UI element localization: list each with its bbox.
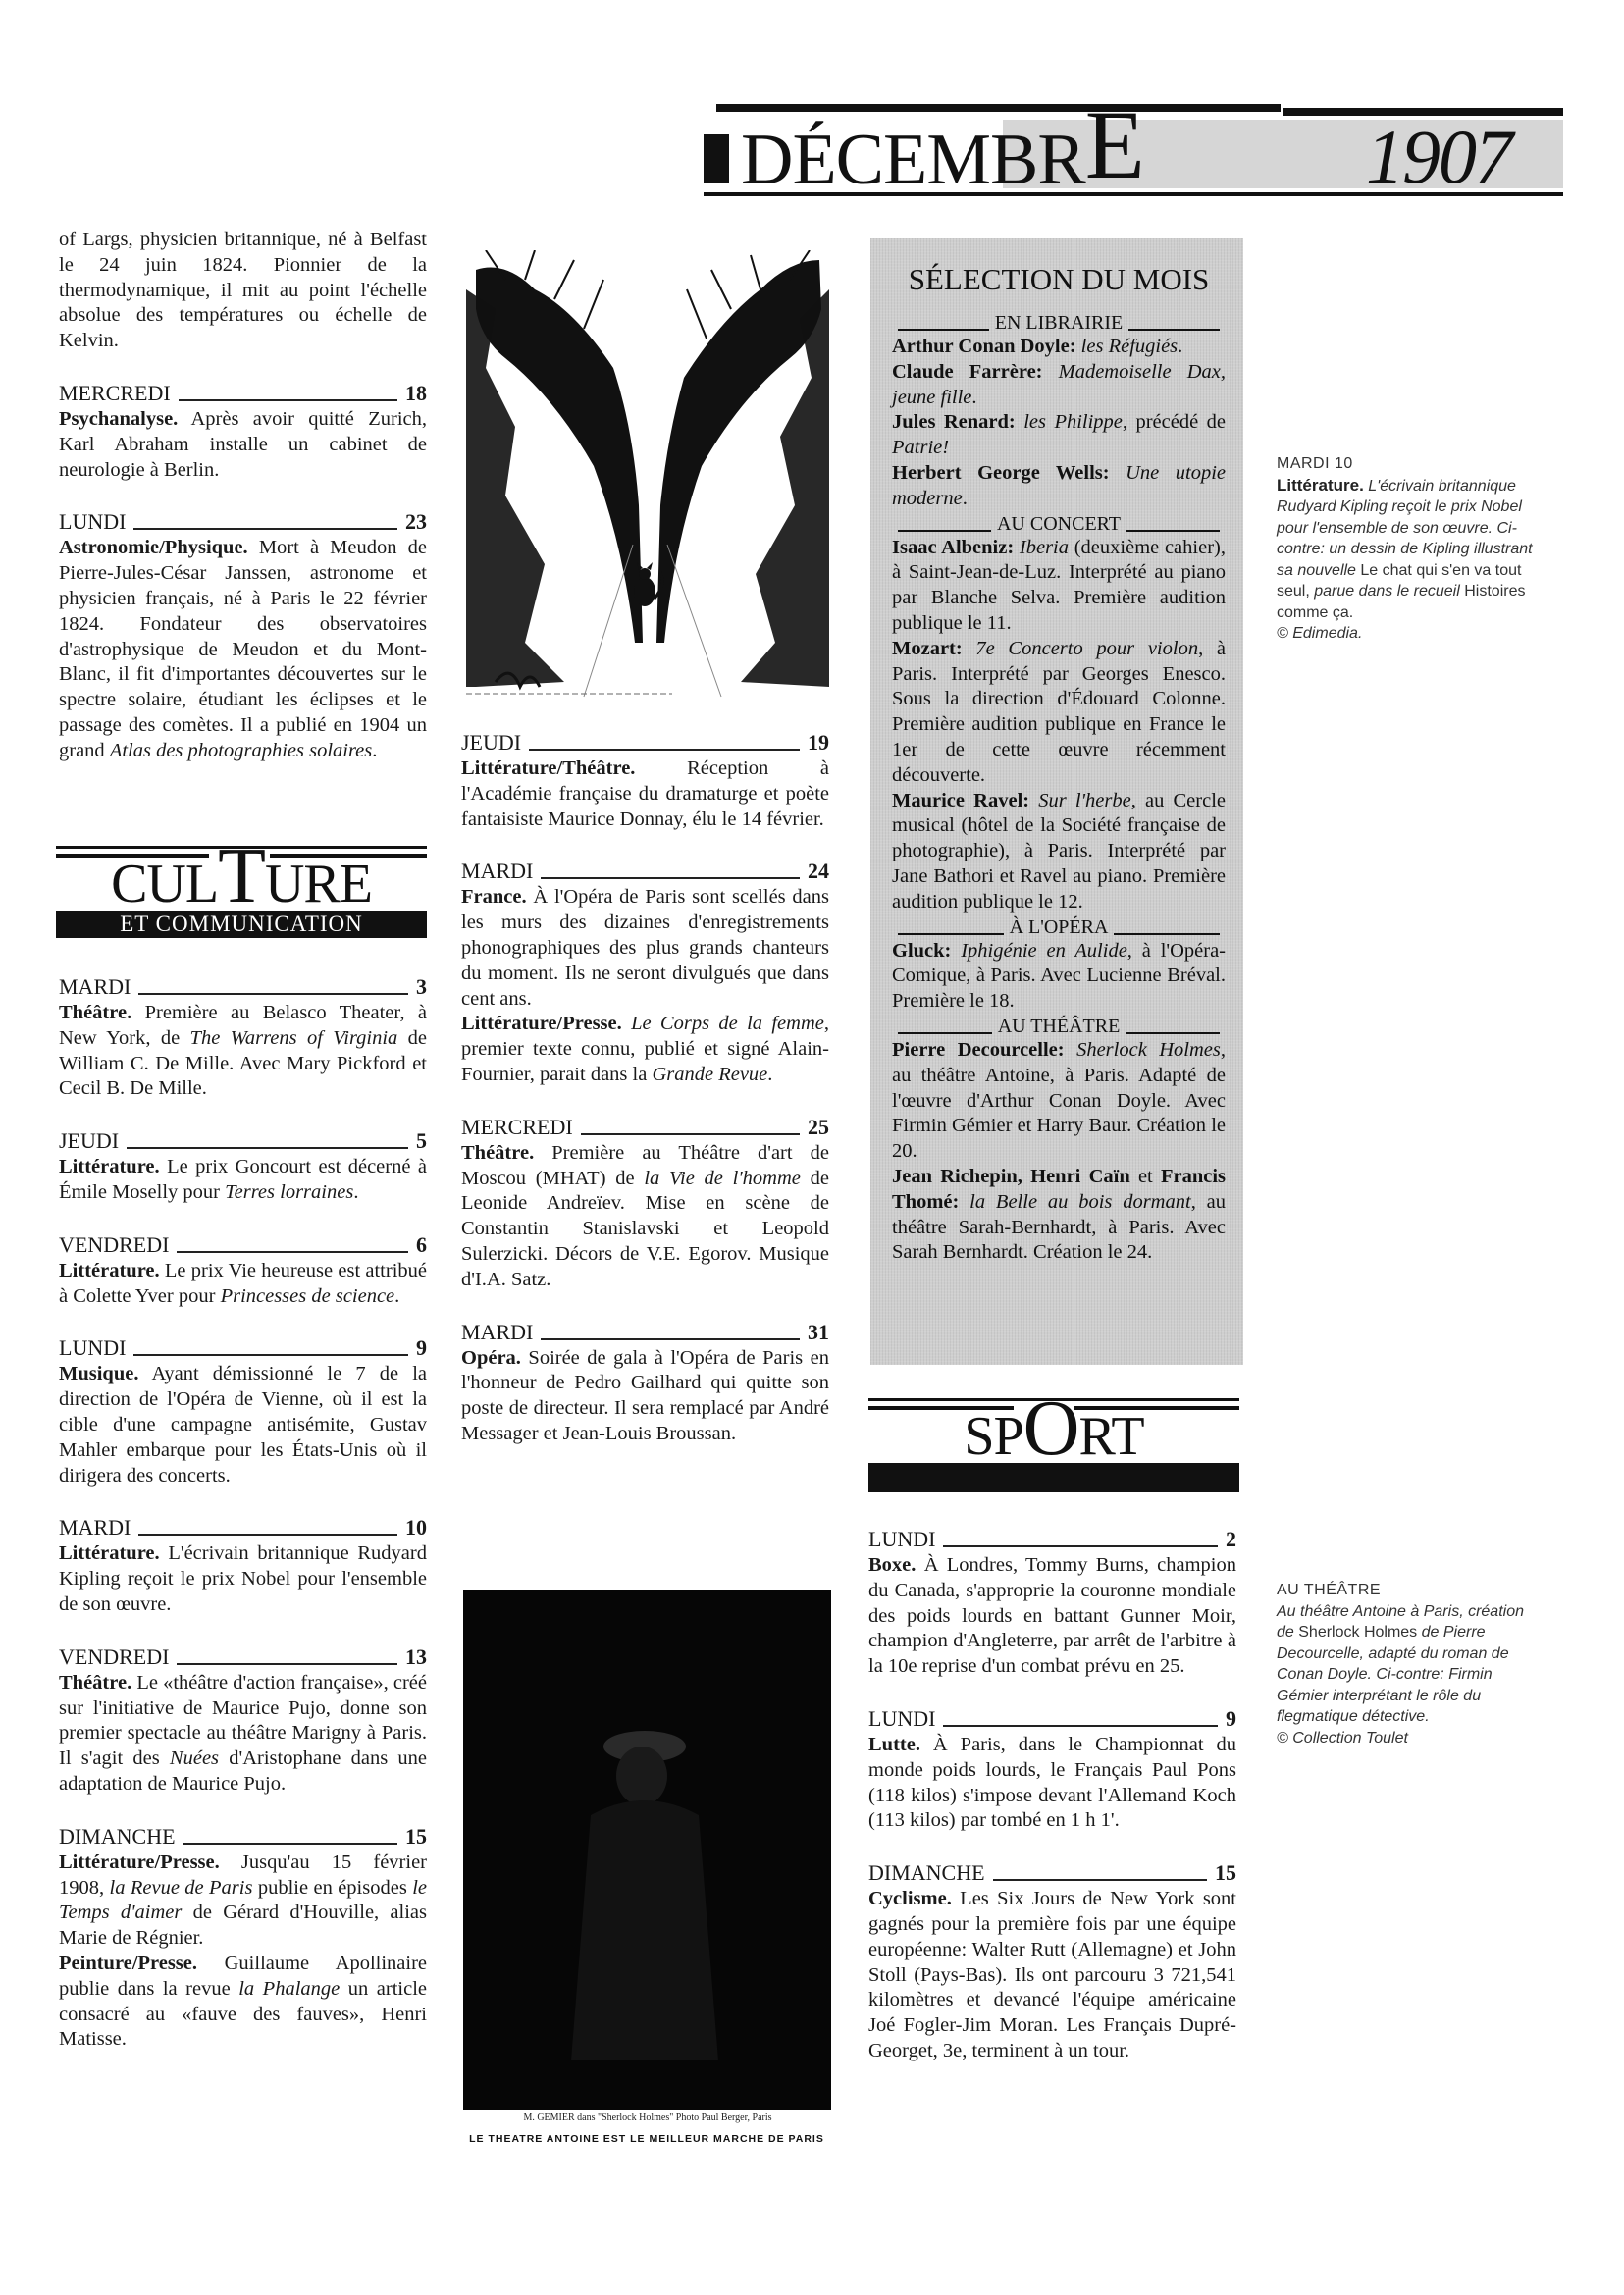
item-title: Sherlock Holmes	[1065, 1039, 1221, 1061]
caption-text: Sherlock Holmes	[1298, 1624, 1417, 1641]
page-title-year: 1907	[1079, 116, 1511, 198]
day-rule	[127, 1147, 408, 1149]
selection-item: Arthur Conan Doyle: les Réfugiés.	[892, 335, 1226, 360]
day-name: LUNDI	[59, 1335, 126, 1361]
entry-body: Théâtre. Première au Belasco Theater, à …	[59, 1001, 427, 1102]
entry-mardi-10: MARDI10 Littérature. L'écrivain britanni…	[59, 1515, 427, 1617]
day-rule	[179, 399, 397, 401]
caption-credit: © Collection Toulet	[1277, 1728, 1542, 1749]
item-author: Isaac Albeniz:	[892, 537, 1014, 558]
item-author: Claude Farrère:	[892, 361, 1043, 383]
day-name: JEUDI	[59, 1128, 119, 1154]
caption-text: parue dans le recueil	[1310, 583, 1464, 600]
day-heading: VENDREDI13	[59, 1644, 427, 1670]
selection-item: Herbert George Wells: Une utopie moderne…	[892, 461, 1226, 512]
entry-sport-lundi-9: LUNDI9 Lutte. À Paris, dans le Championn…	[868, 1706, 1236, 1834]
selection-heading-opera: À L'OPÉRA	[892, 915, 1226, 939]
day-number: 24	[808, 859, 829, 884]
day-name: DIMANCHE	[868, 1860, 985, 1886]
column-a: of Largs, physicien britannique, né à Be…	[59, 228, 427, 791]
gemier-sherlock-photo	[463, 1590, 831, 2110]
day-rule	[133, 1354, 408, 1356]
item-text: , précédé de	[1123, 411, 1226, 433]
day-name: DIMANCHE	[59, 1824, 176, 1850]
entry-mardi-31: MARDI31 Opéra. Soirée de gala à l'Opéra …	[461, 1320, 829, 1447]
entry-sport-lundi-2: LUNDI2 Boxe. À Londres, Tommy Burns, cha…	[868, 1527, 1236, 1680]
entry-mardi-3: MARDI3 Théâtre. Première au Belasco Thea…	[59, 974, 427, 1102]
entry-italic-title: The Warrens of Virginia	[190, 1027, 398, 1049]
caption-credit: © Edimedia.	[1277, 623, 1542, 645]
item-title: Patrie!	[892, 437, 949, 458]
title-part: URE	[265, 854, 372, 914]
heading-text: À L'OPÉRA	[1010, 915, 1109, 939]
item-title: Sur l'herbe	[1029, 790, 1131, 811]
entry-italic-title: Princesses de science	[221, 1285, 395, 1307]
day-heading: MERCREDI18	[59, 381, 427, 406]
entry-category: France.	[461, 886, 527, 908]
item-text: .	[971, 387, 976, 408]
selection-item: Mozart: 7e Concerto pour violon, à Paris…	[892, 637, 1226, 789]
day-name: MERCREDI	[59, 381, 171, 406]
selection-content: SÉLECTION DU MOIS EN LIBRAIRIE Arthur Co…	[892, 258, 1226, 1266]
entry-category: Théâtre.	[59, 1672, 131, 1694]
entry-body: Littérature/Théâtre. Réception à l'Acadé…	[461, 756, 829, 832]
entry-body: Opéra. Soirée de gala à l'Opéra de Paris…	[461, 1346, 829, 1447]
day-rule	[581, 1133, 800, 1135]
day-name: VENDREDI	[59, 1232, 169, 1258]
entry-dimanche-15: DIMANCHE15 Littérature/Presse. Jusqu'au …	[59, 1824, 427, 2053]
title-part: CUL	[111, 854, 218, 914]
entry-category: Cyclisme.	[868, 1888, 952, 1909]
entry-vendredi-6: VENDREDI6 Littérature. Le prix Vie heure…	[59, 1232, 427, 1310]
selection-item: Jean Richepin, Henri Caïn et Francis Tho…	[892, 1165, 1226, 1266]
entry-text: Les Six Jours de New York sont gagnés po…	[868, 1888, 1236, 2061]
heading-text: EN LIBRAIRIE	[995, 311, 1124, 335]
day-heading: MARDI24	[461, 859, 829, 884]
entry-mardi-24: MARDI24 France. À l'Opéra de Paris sont …	[461, 859, 829, 1087]
day-rule	[183, 1843, 397, 1845]
day-heading: MARDI10	[59, 1515, 427, 1540]
item-title: Iphigénie en Aulide	[951, 940, 1126, 962]
entry-sport-dimanche-15: DIMANCHE15 Cyclisme. Les Six Jours de Ne…	[868, 1860, 1236, 2064]
entry-category: Littérature/Presse.	[59, 1852, 220, 1873]
day-rule	[133, 528, 397, 530]
entry-italic-title: la Phalange	[238, 1978, 340, 2000]
entry-italic-title: la Revue de Paris	[110, 1877, 253, 1899]
entry-text: publie en épisodes	[252, 1877, 412, 1899]
entry-body: Musique. Ayant démissionné le 7 de la di…	[59, 1362, 427, 1488]
photo-caption: M. GEMIER dans "Sherlock Holmes" Photo P…	[471, 2112, 824, 2123]
column-b: JEUDI19 Littérature/Théâtre. Réception à…	[461, 730, 829, 1474]
sport-entries: LUNDI2 Boxe. À Londres, Tommy Burns, cha…	[868, 1527, 1236, 2091]
entry-continued: of Largs, physicien britannique, né à Be…	[59, 228, 427, 354]
entry-body: Littérature. L'écrivain britannique Rudy…	[59, 1541, 427, 1617]
entry-category: Littérature/Presse.	[461, 1013, 622, 1034]
entry-category: Littérature.	[59, 1260, 160, 1281]
entry-category: Littérature.	[59, 1156, 160, 1177]
day-heading: DIMANCHE15	[59, 1824, 427, 1850]
day-rule	[138, 993, 408, 995]
item-author: Herbert George Wells:	[892, 462, 1110, 484]
entry-category: Astronomie/Physique.	[59, 537, 248, 558]
selection-du-mois-box: SÉLECTION DU MOIS EN LIBRAIRIE Arthur Co…	[870, 238, 1243, 1365]
entry-italic-title: Nuées	[170, 1747, 219, 1769]
culture-subtitle-bar: ET COMMUNICATION	[56, 911, 427, 938]
section-rules	[56, 846, 427, 860]
entry-text-tail: .	[394, 1285, 399, 1307]
title-part: SP	[964, 1406, 1022, 1467]
entry-italic-title: Grande Revue	[652, 1064, 767, 1085]
item-title: les Réfugiés	[1076, 336, 1179, 357]
item-text: et	[1130, 1166, 1161, 1187]
day-number: 3	[416, 974, 427, 1000]
entry-body: France. À l'Opéra de Paris sont scellés …	[461, 885, 829, 1012]
kipling-drawing-illustration	[466, 250, 829, 702]
selection-item: Jules Renard: les Philippe, précédé de P…	[892, 410, 1226, 461]
entry-category: Littérature/Théâtre.	[461, 757, 635, 779]
day-name: MERCREDI	[461, 1115, 573, 1140]
selection-title: SÉLECTION DU MOIS	[892, 258, 1226, 301]
entry-text: À Paris, dans le Championnat du monde po…	[868, 1734, 1236, 1831]
item-author: Mozart:	[892, 638, 963, 659]
caption-category: Littérature.	[1277, 476, 1364, 495]
day-name: JEUDI	[461, 730, 521, 756]
entry-italic-title: Le Corps de la femme	[622, 1013, 824, 1034]
selection-item: Gluck: Iphigénie en Aulide, à l'Opéra-Co…	[892, 939, 1226, 1015]
entry-jeudi-5: JEUDI5 Littérature. Le prix Goncourt est…	[59, 1128, 427, 1206]
day-rule	[541, 877, 800, 879]
day-number: 13	[405, 1644, 427, 1670]
item-text: .	[1178, 336, 1182, 357]
selection-item: Isaac Albeniz: Iberia (deuxième cahier),…	[892, 536, 1226, 637]
day-heading: LUNDI2	[868, 1527, 1236, 1552]
day-number: 5	[416, 1128, 427, 1154]
entry-body-2: Peinture/Presse. Guillaume Apollinaire p…	[59, 1952, 427, 2053]
entry-body: Boxe. À Londres, Tommy Burns, champion d…	[868, 1553, 1236, 1680]
selection-item: Pierre Decourcelle: Sherlock Holmes, au …	[892, 1038, 1226, 1165]
tree-avenue-cat-icon	[466, 250, 829, 702]
entry-category: Littérature.	[59, 1542, 160, 1564]
selection-heading-theatre: AU THÉÂTRE	[892, 1015, 1226, 1038]
entry-text: Mort à Meudon de Pierre-Jules-César Jans…	[59, 537, 427, 760]
title-part: RT	[1078, 1406, 1143, 1467]
day-rule	[138, 1534, 397, 1536]
entry-body: Théâtre. Le «théâtre d'action française»…	[59, 1671, 427, 1798]
day-rule	[993, 1879, 1207, 1881]
day-number: 2	[1226, 1527, 1236, 1552]
item-author: Jules Renard:	[892, 411, 1016, 433]
entry-body: Cyclisme. Les Six Jours de New York sont…	[868, 1887, 1236, 2064]
section-rules	[868, 1398, 1239, 1412]
day-name: MARDI	[461, 859, 533, 884]
entry-italic-title: Terres lorraines	[225, 1181, 353, 1203]
sport-section-header: SPORT	[868, 1398, 1239, 1492]
day-heading: MARDI31	[461, 1320, 829, 1345]
entry-lundi-9: LUNDI9 Musique. Ayant démissionné le 7 d…	[59, 1335, 427, 1488]
day-rule	[541, 1338, 800, 1340]
day-rule	[529, 749, 800, 751]
day-number: 10	[405, 1515, 427, 1540]
entry-italic-title: la Vie de l'homme	[644, 1168, 801, 1189]
day-name: VENDREDI	[59, 1644, 169, 1670]
entry-category: Opéra.	[461, 1347, 521, 1369]
entry-mercredi-18: MERCREDI18 Psychanalyse. Après avoir qui…	[59, 381, 427, 483]
entry-body: Théâtre. Première au Théâtre d'art de Mo…	[461, 1141, 829, 1293]
item-title: 7e Concerto pour violon	[963, 638, 1198, 659]
day-heading: LUNDI9	[868, 1706, 1236, 1732]
entry-text: of Largs, physicien britannique, né à Be…	[59, 228, 427, 354]
month-text: DÉCEMBR	[741, 120, 1085, 200]
day-heading: LUNDI9	[59, 1335, 427, 1361]
day-heading: VENDREDI6	[59, 1232, 427, 1258]
day-number: 15	[1215, 1860, 1236, 1886]
day-number: 19	[808, 730, 829, 756]
selection-item: Maurice Ravel: Sur l'herbe, au Cercle mu…	[892, 789, 1226, 915]
selection-heading-librairie: EN LIBRAIRIE	[892, 311, 1226, 335]
item-title: Iberia	[1014, 537, 1069, 558]
item-title: la Belle au bois dormant	[959, 1191, 1190, 1213]
entry-body: Lutte. À Paris, dans le Championnat du m…	[868, 1733, 1236, 1834]
item-author: Maurice Ravel:	[892, 790, 1029, 811]
item-text: , à Paris. Interprété par Georges Enesco…	[892, 638, 1226, 786]
heading-text: AU CONCERT	[997, 512, 1121, 536]
entry-text: À Londres, Tommy Burns, champion du Cana…	[868, 1554, 1236, 1677]
day-number: 18	[405, 381, 427, 406]
day-heading: DIMANCHE15	[868, 1860, 1236, 1886]
day-rule	[177, 1663, 397, 1665]
entry-jeudi-19: JEUDI19 Littérature/Théâtre. Réception à…	[461, 730, 829, 832]
item-title: les Philippe	[1016, 411, 1123, 433]
caption-heading: MARDI 10	[1277, 453, 1542, 475]
day-rule	[943, 1725, 1218, 1727]
entry-body: Littérature/Presse. Jusqu'au 15 février …	[59, 1851, 427, 1952]
item-text: .	[963, 488, 968, 509]
entry-body: Littérature. Le prix Vie heureuse est at…	[59, 1259, 427, 1310]
entry-text-tail: .	[767, 1064, 772, 1085]
culture-section-header: CULTURE ET COMMUNICATION	[56, 846, 427, 938]
culture-entries: MARDI3 Théâtre. Première au Belasco Thea…	[59, 974, 427, 2079]
day-heading: MERCREDI25	[461, 1115, 829, 1140]
day-number: 25	[808, 1115, 829, 1140]
day-number: 23	[405, 509, 427, 535]
day-name: LUNDI	[59, 509, 126, 535]
day-name: MARDI	[59, 1515, 131, 1540]
day-heading: LUNDI23	[59, 509, 427, 535]
entry-category: Théâtre.	[59, 1002, 131, 1023]
photo-banner: LE THEATRE ANTOINE EST LE MEILLEUR MARCH…	[461, 2133, 832, 2145]
selection-heading-concert: AU CONCERT	[892, 512, 1226, 536]
selection-item: Claude Farrère: Mademoiselle Dax, jeune …	[892, 360, 1226, 411]
entry-category: Théâtre.	[461, 1142, 534, 1164]
caption-body: Au théâtre Antoine à Paris, création de …	[1277, 1601, 1542, 1728]
day-heading: JEUDI5	[59, 1128, 427, 1154]
entry-lundi-23: LUNDI23 Astronomie/Physique. Mort à Meud…	[59, 509, 427, 763]
day-number: 31	[808, 1320, 829, 1345]
day-number: 15	[405, 1824, 427, 1850]
day-rule	[177, 1251, 408, 1253]
day-heading: JEUDI19	[461, 730, 829, 756]
entry-text-tail: .	[353, 1181, 358, 1203]
heading-text: AU THÉÂTRE	[998, 1015, 1121, 1038]
entry-category: Lutte.	[868, 1734, 920, 1755]
item-author: Gluck:	[892, 940, 951, 962]
entry-body-2: Littérature/Presse. Le Corps de la femme…	[461, 1012, 829, 1087]
day-rule	[943, 1545, 1218, 1547]
header-square-marker	[704, 134, 729, 183]
caption-body: Littérature. L'écrivain britannique Rudy…	[1277, 475, 1542, 624]
entry-category: Boxe.	[868, 1554, 916, 1576]
entry-body: Littérature. Le prix Goncourt est décern…	[59, 1155, 427, 1206]
day-number: 9	[416, 1335, 427, 1361]
entry-mercredi-25: MERCREDI25 Théâtre. Première au Théâtre …	[461, 1115, 829, 1293]
item-author: Arthur Conan Doyle:	[892, 336, 1076, 357]
entry-category: Musique.	[59, 1363, 138, 1384]
entry-body: Astronomie/Physique. Mort à Meudon de Pi…	[59, 536, 427, 763]
day-number: 9	[1226, 1706, 1236, 1732]
entry-body: Psychanalyse. Après avoir quitté Zurich,…	[59, 407, 427, 483]
day-number: 6	[416, 1232, 427, 1258]
entry-category: Peinture/Presse.	[59, 1953, 197, 1974]
entry-vendredi-13: VENDREDI13 Théâtre. Le «théâtre d'action…	[59, 1644, 427, 1798]
photo-figure-icon	[463, 1590, 831, 2110]
day-name: MARDI	[461, 1320, 533, 1345]
entry-category: Psychanalyse.	[59, 408, 178, 430]
theatre-caption: AU THÉÂTRE Au théâtre Antoine à Paris, c…	[1277, 1580, 1542, 1748]
item-author: Pierre Decourcelle:	[892, 1039, 1065, 1061]
day-name: LUNDI	[868, 1527, 935, 1552]
kipling-caption: MARDI 10 Littérature. L'écrivain britann…	[1277, 453, 1542, 645]
entry-text-tail: .	[372, 740, 377, 761]
entry-italic-title: Atlas des photographies solaires	[110, 740, 372, 761]
day-heading: MARDI3	[59, 974, 427, 1000]
caption-heading: AU THÉÂTRE	[1277, 1580, 1542, 1601]
header-bottom-rule	[704, 192, 1563, 196]
day-name: LUNDI	[868, 1706, 935, 1732]
day-name: MARDI	[59, 974, 131, 1000]
item-author: Jean Richepin, Henri Caïn	[892, 1166, 1130, 1187]
